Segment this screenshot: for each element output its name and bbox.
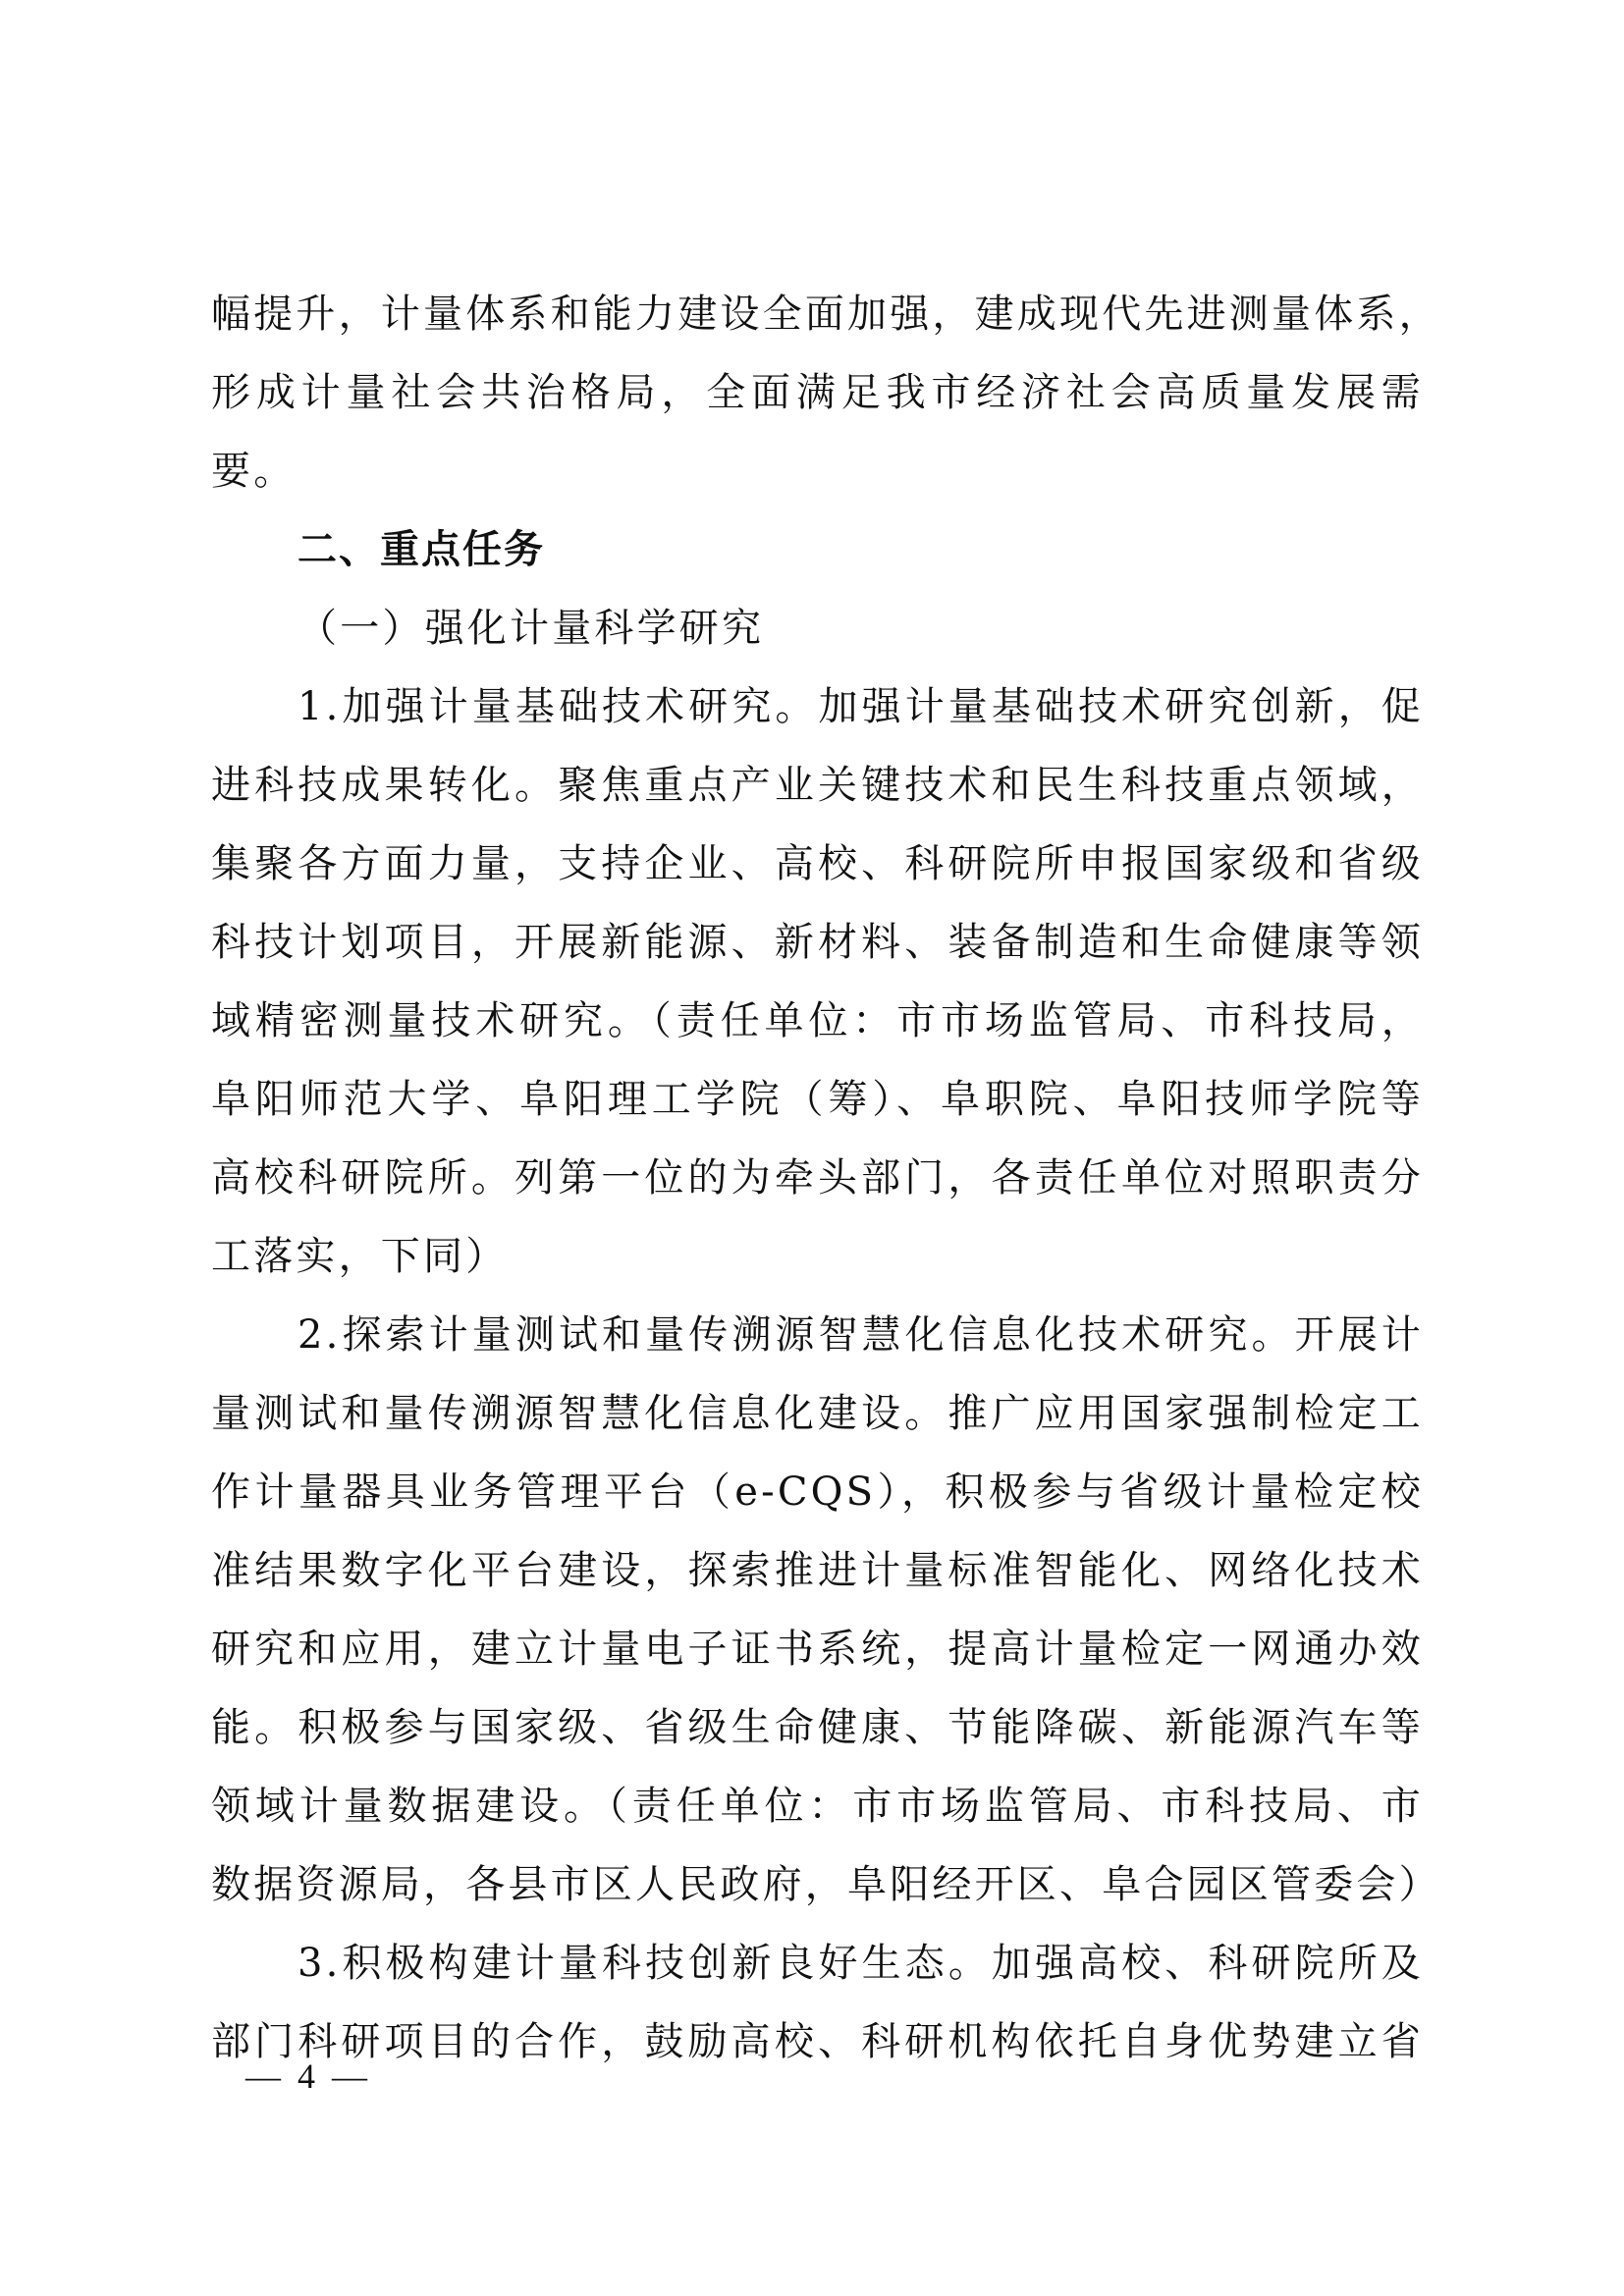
text-line: 量测试和量传溯源智慧化信息化建设。推广应用国家强制检定工: [211, 1384, 1424, 1463]
text-line: 2.探索计量测试和量传溯源智慧化信息化技术研究。开展计: [211, 1306, 1424, 1384]
text-line: 高校科研院所。列第一位的为牵头部门，各责任单位对照职责分: [211, 1148, 1424, 1227]
text-line: 部门科研项目的合作，鼓励高校、科研机构依托自身优势建立省: [211, 2012, 1424, 2091]
task-item-2: 2.探索计量测试和量传溯源智慧化信息化技术研究。开展计 量测试和量传溯源智慧化信…: [211, 1306, 1424, 1934]
text-line: 作计量器具业务管理平台（e-CQS），积极参与省级计量检定校: [211, 1463, 1424, 1541]
text-line: 数据资源局，各县市区人民政府，阜阳经开区、阜合园区管委会）: [211, 1855, 1424, 1934]
text-line: 研究和应用，建立计量电子证书系统，提高计量检定一网通办效: [211, 1620, 1424, 1698]
text-line: 科技计划项目，开展新能源、新材料、装备制造和生命健康等领: [211, 913, 1424, 991]
section-heading: 二、重点任务: [211, 520, 1424, 599]
text-line: 域精密测量技术研究。（责任单位：市市场监管局、市科技局，: [211, 991, 1424, 1070]
task-item-1: 1.加强计量基础技术研究。加强计量基础技术研究创新，促 进科技成果转化。聚焦重点…: [211, 677, 1424, 1306]
document-page: 幅提升，计量体系和能力建设全面加强，建成现代先进测量体系， 形成计量社会共治格局…: [211, 285, 1424, 2091]
text-line: 工落实，下同）: [211, 1227, 1424, 1306]
text-line: 幅提升，计量体系和能力建设全面加强，建成现代先进测量体系，: [211, 285, 1424, 363]
text-line: 准结果数字化平台建设，探索推进计量标准智能化、网络化技术: [211, 1541, 1424, 1620]
text-line: 形成计量社会共治格局，全面满足我市经济社会高质量发展需: [211, 363, 1424, 442]
subsection-heading: （一）强化计量科学研究: [211, 599, 1424, 677]
text-line: 1.加强计量基础技术研究。加强计量基础技术研究创新，促: [211, 677, 1424, 756]
text-line: 进科技成果转化。聚焦重点产业关键技术和民生科技重点领域，: [211, 756, 1424, 834]
text-line: 3.积极构建计量科技创新良好生态。加强高校、科研院所及: [211, 1934, 1424, 2012]
text-line: 要。: [211, 442, 1424, 520]
text-line: 能。积极参与国家级、省级生命健康、节能降碳、新能源汽车等: [211, 1698, 1424, 1777]
page-number: — 4 —: [245, 2052, 371, 2101]
task-item-3: 3.积极构建计量科技创新良好生态。加强高校、科研院所及 部门科研项目的合作，鼓励…: [211, 1934, 1424, 2091]
text-line: 集聚各方面力量，支持企业、高校、科研院所申报国家级和省级: [211, 834, 1424, 913]
continuation-paragraph: 幅提升，计量体系和能力建设全面加强，建成现代先进测量体系， 形成计量社会共治格局…: [211, 285, 1424, 520]
text-line: 阜阳师范大学、阜阳理工学院（筹）、阜职院、阜阳技师学院等: [211, 1070, 1424, 1148]
text-line: 领域计量数据建设。（责任单位：市市场监管局、市科技局、市: [211, 1777, 1424, 1855]
